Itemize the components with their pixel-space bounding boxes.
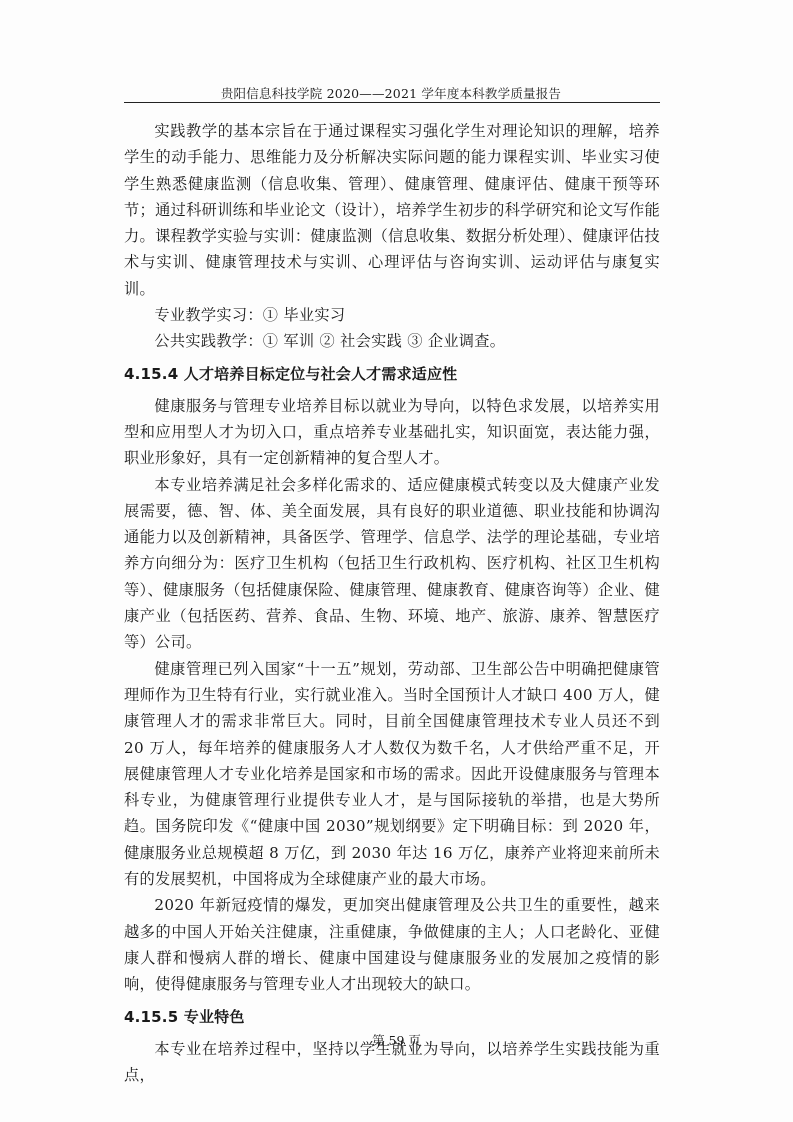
list-professional-internship: 专业教学实习：① 毕业实习 [124, 302, 660, 328]
page-number: 第 59 页 [0, 1031, 793, 1049]
paragraph-social-needs: 本专业培养满足社会多样化需求的、适应健康模式转变以及大健康产业发展需要，德、智、… [124, 472, 660, 656]
paragraph-covid-impact: 2020 年新冠疫情的爆发，更加突出健康管理及公共卫生的重要性，越来越多的中国人… [124, 892, 660, 997]
paragraph-practice-teaching: 实践教学的基本宗旨在于通过课程实习强化学生对理论知识的理解，培养学生的动手能力、… [124, 118, 660, 302]
paragraph-training-goal: 健康服务与管理专业培养目标以就业为导向，以特色求发展，以培养实用型和应用型人才为… [124, 393, 660, 472]
page-body: 实践教学的基本宗旨在于通过课程实习强化学生对理论知识的理解，培养学生的动手能力、… [124, 118, 660, 1088]
header-divider [124, 102, 660, 103]
section-heading-4-15-5: 4.15.5 专业特色 [124, 1006, 660, 1028]
running-header: 贵阳信息科技学院 2020——2021 学年度本科教学质量报告 [128, 84, 654, 102]
paragraph-health-management-demand: 健康管理已列入国家“十一五”规划，劳动部、卫生部公告中明确把健康管理师作为卫生特… [124, 656, 660, 893]
list-public-practice: 公共实践教学：① 军训 ② 社会实践 ③ 企业调查。 [124, 328, 660, 354]
section-heading-4-15-4: 4.15.4 人才培养目标定位与社会人才需求适应性 [124, 363, 660, 385]
